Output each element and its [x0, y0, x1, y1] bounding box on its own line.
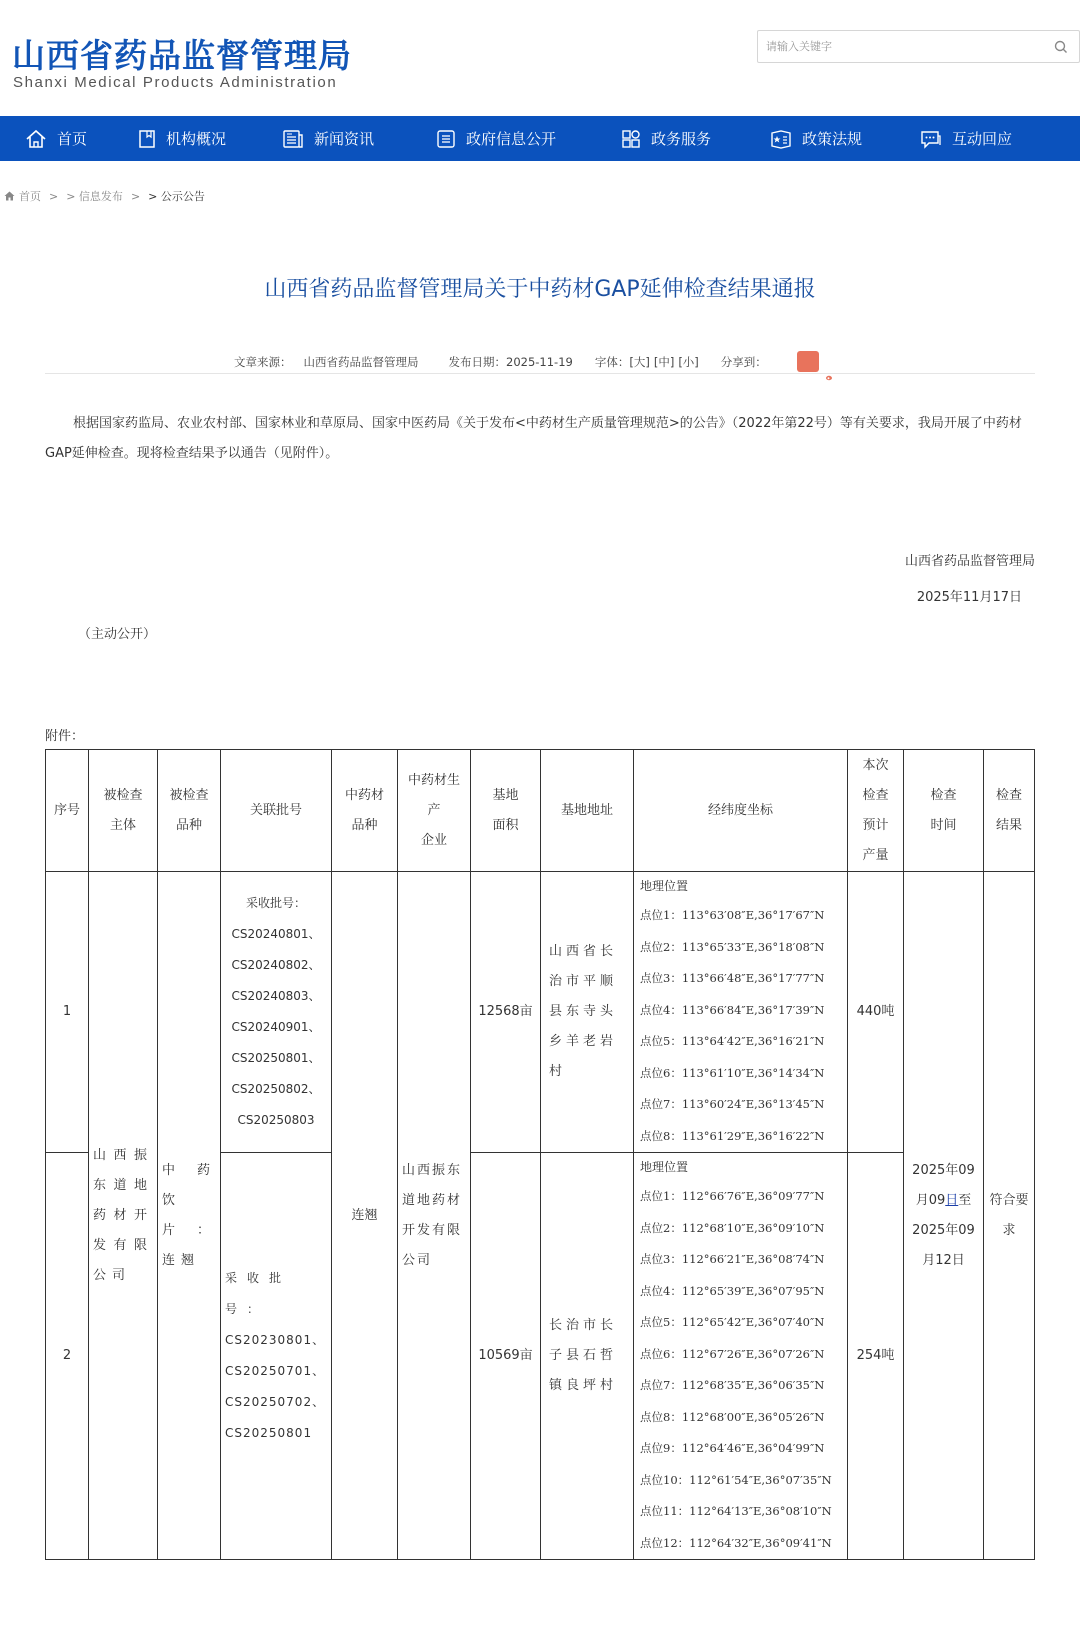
site-logo-title[interactable]: 山西省药品监督管理局 — [12, 30, 352, 77]
header-no: 序号 — [46, 750, 89, 872]
font-size-label: 字体： — [595, 354, 630, 370]
signature-date: 2025年11月17日 — [917, 586, 1022, 605]
nav-label: 新闻资讯 — [314, 128, 374, 149]
cell-no: 2 — [46, 1153, 89, 1560]
cell-herb: 连翘 — [332, 872, 398, 1560]
grid-icon — [621, 129, 641, 149]
cell-area: 10569亩 — [471, 1153, 541, 1560]
publish-date: 2025-11-19 — [506, 355, 573, 369]
header-herb: 中药材品种 — [332, 750, 398, 872]
cell-area: 12568亩 — [471, 872, 541, 1153]
date-label: 发布日期： — [449, 354, 507, 370]
nav-label: 政务服务 — [651, 128, 711, 149]
search-box — [757, 30, 1080, 63]
nav-item-gov-info[interactable]: 政府信息公开 — [436, 116, 556, 161]
main-nav: 首页 机构概况 新闻资讯 政府信息公开 政务服务 政策法规 互动回应 — [0, 116, 1080, 161]
nav-label: 政策法规 — [802, 128, 862, 149]
breadcrumb-home[interactable]: 首页 — [19, 188, 41, 204]
cell-address: 长治市长子县石哲镇良坪村 — [541, 1153, 634, 1560]
nav-label: 互动回应 — [952, 128, 1012, 149]
header-coordinates: 经纬度坐标 — [634, 750, 848, 872]
nav-label: 机构概况 — [166, 128, 226, 149]
cell-no: 1 — [46, 872, 89, 1153]
nav-item-policy[interactable]: 政策法规 — [770, 116, 862, 161]
nav-item-news[interactable]: 新闻资讯 — [282, 116, 374, 161]
header-area: 基地面积 — [471, 750, 541, 872]
attachment-label: 附件： — [45, 725, 84, 744]
article-meta: 文章来源： 山西省药品监督管理局 发布日期： 2025-11-19 字体： [大… — [234, 351, 819, 372]
article-title: 山西省药品监督管理局关于中药材GAP延伸检查结果通报 — [0, 272, 1080, 303]
font-size-large[interactable]: [大] — [629, 354, 649, 370]
open-book-icon — [770, 129, 792, 149]
header-address: 基地地址 — [541, 750, 634, 872]
cell-inspection-time: 2025年09月09日至2025年09月12日 — [904, 872, 984, 1560]
breadcrumb-announcements[interactable]: > 公示公告 — [148, 188, 205, 204]
header-variety: 被检查品种 — [158, 750, 221, 872]
breadcrumb: 首页 > > 信息发布 > > 公示公告 — [4, 188, 205, 204]
cell-batches: 采收批号： CS20230801、 CS20250701、 CS20250702… — [221, 1153, 332, 1560]
cell-coordinates: 地理位置 点位1：112°66′76″E,36°09′77″N 点位2：112°… — [634, 1153, 848, 1560]
book-icon — [138, 129, 156, 149]
cell-result: 符合要求 — [984, 872, 1035, 1560]
document-list-icon — [436, 129, 456, 149]
font-size-small[interactable]: [小] — [678, 354, 698, 370]
meta-divider — [45, 373, 1035, 374]
home-icon — [4, 191, 15, 201]
cell-address: 山西省长治市平顺县东寺头乡羊老岩村 — [541, 872, 634, 1153]
newspaper-icon — [282, 129, 304, 149]
signature-org: 山西省药品监督管理局 — [905, 550, 1035, 569]
share-label: 分享到： — [721, 354, 767, 370]
header-producer: 中药材生产企业 — [398, 750, 471, 872]
site-logo-subtitle: Shanxi Medical Products Administration — [13, 74, 337, 91]
cell-batches: 采收批号： CS20240801、 CS20240802、 CS20240803… — [221, 872, 332, 1153]
nav-item-services[interactable]: 政务服务 — [621, 116, 711, 161]
search-icon[interactable] — [1053, 39, 1069, 55]
nav-label: 政府信息公开 — [466, 128, 556, 149]
page: 山西省药品监督管理局 Shanxi Medical Products Admin… — [0, 0, 1080, 1627]
cell-producer: 山西振东道地药材开发有限公司 — [398, 872, 471, 1560]
breadcrumb-info-release[interactable]: > 信息发布 — [66, 188, 123, 204]
header-time: 检查时间 — [904, 750, 984, 872]
header-subject: 被检查主体 — [89, 750, 158, 872]
nav-item-org[interactable]: 机构概况 — [138, 116, 226, 161]
weibo-share-icon[interactable] — [797, 351, 819, 372]
home-icon — [25, 129, 47, 149]
inspection-results-table: 序号 被检查主体 被检查品种 关联批号 中药材品种 中药材生产企业 基地面积 基… — [45, 749, 1035, 1560]
cell-yield: 254吨 — [848, 1153, 904, 1560]
breadcrumb-separator: > — [49, 190, 58, 203]
disclosure-type: （主动公开） — [78, 623, 156, 642]
nav-item-interact[interactable]: 互动回应 — [920, 116, 1012, 161]
article-paragraph: 根据国家药监局、农业农村部、国家林业和草原局、国家中医药局《关于发布<中药材生产… — [45, 409, 1035, 469]
cell-subject: 山西振东道地药材开发有限公司 — [89, 872, 158, 1560]
site-header: 山西省药品监督管理局 Shanxi Medical Products Admin… — [0, 0, 1080, 116]
nav-item-home[interactable]: 首页 — [25, 116, 87, 161]
table-header-row: 序号 被检查主体 被检查品种 关联批号 中药材品种 中药材生产企业 基地面积 基… — [46, 750, 1035, 872]
nav-label: 首页 — [57, 128, 87, 149]
search-input[interactable] — [758, 31, 1038, 62]
cell-yield: 440吨 — [848, 872, 904, 1153]
cell-variety: 中药饮片：连翘 — [158, 872, 221, 1560]
source-value: 山西省药品监督管理局 — [304, 354, 419, 370]
font-size-medium[interactable]: [中] — [654, 354, 674, 370]
header-result: 检查结果 — [984, 750, 1035, 872]
chat-icon — [920, 129, 942, 149]
header-yield: 本次检查预计产量 — [848, 750, 904, 872]
breadcrumb-separator: > — [131, 190, 140, 203]
source-label: 文章来源： — [234, 354, 292, 370]
table-row: 1 山西振东道地药材开发有限公司 中药饮片：连翘 采收批号： CS2024080… — [46, 872, 1035, 1153]
cell-coordinates: 地理位置 点位1：113°63′08″E,36°17′67″N 点位2：113°… — [634, 872, 848, 1153]
header-batch: 关联批号 — [221, 750, 332, 872]
